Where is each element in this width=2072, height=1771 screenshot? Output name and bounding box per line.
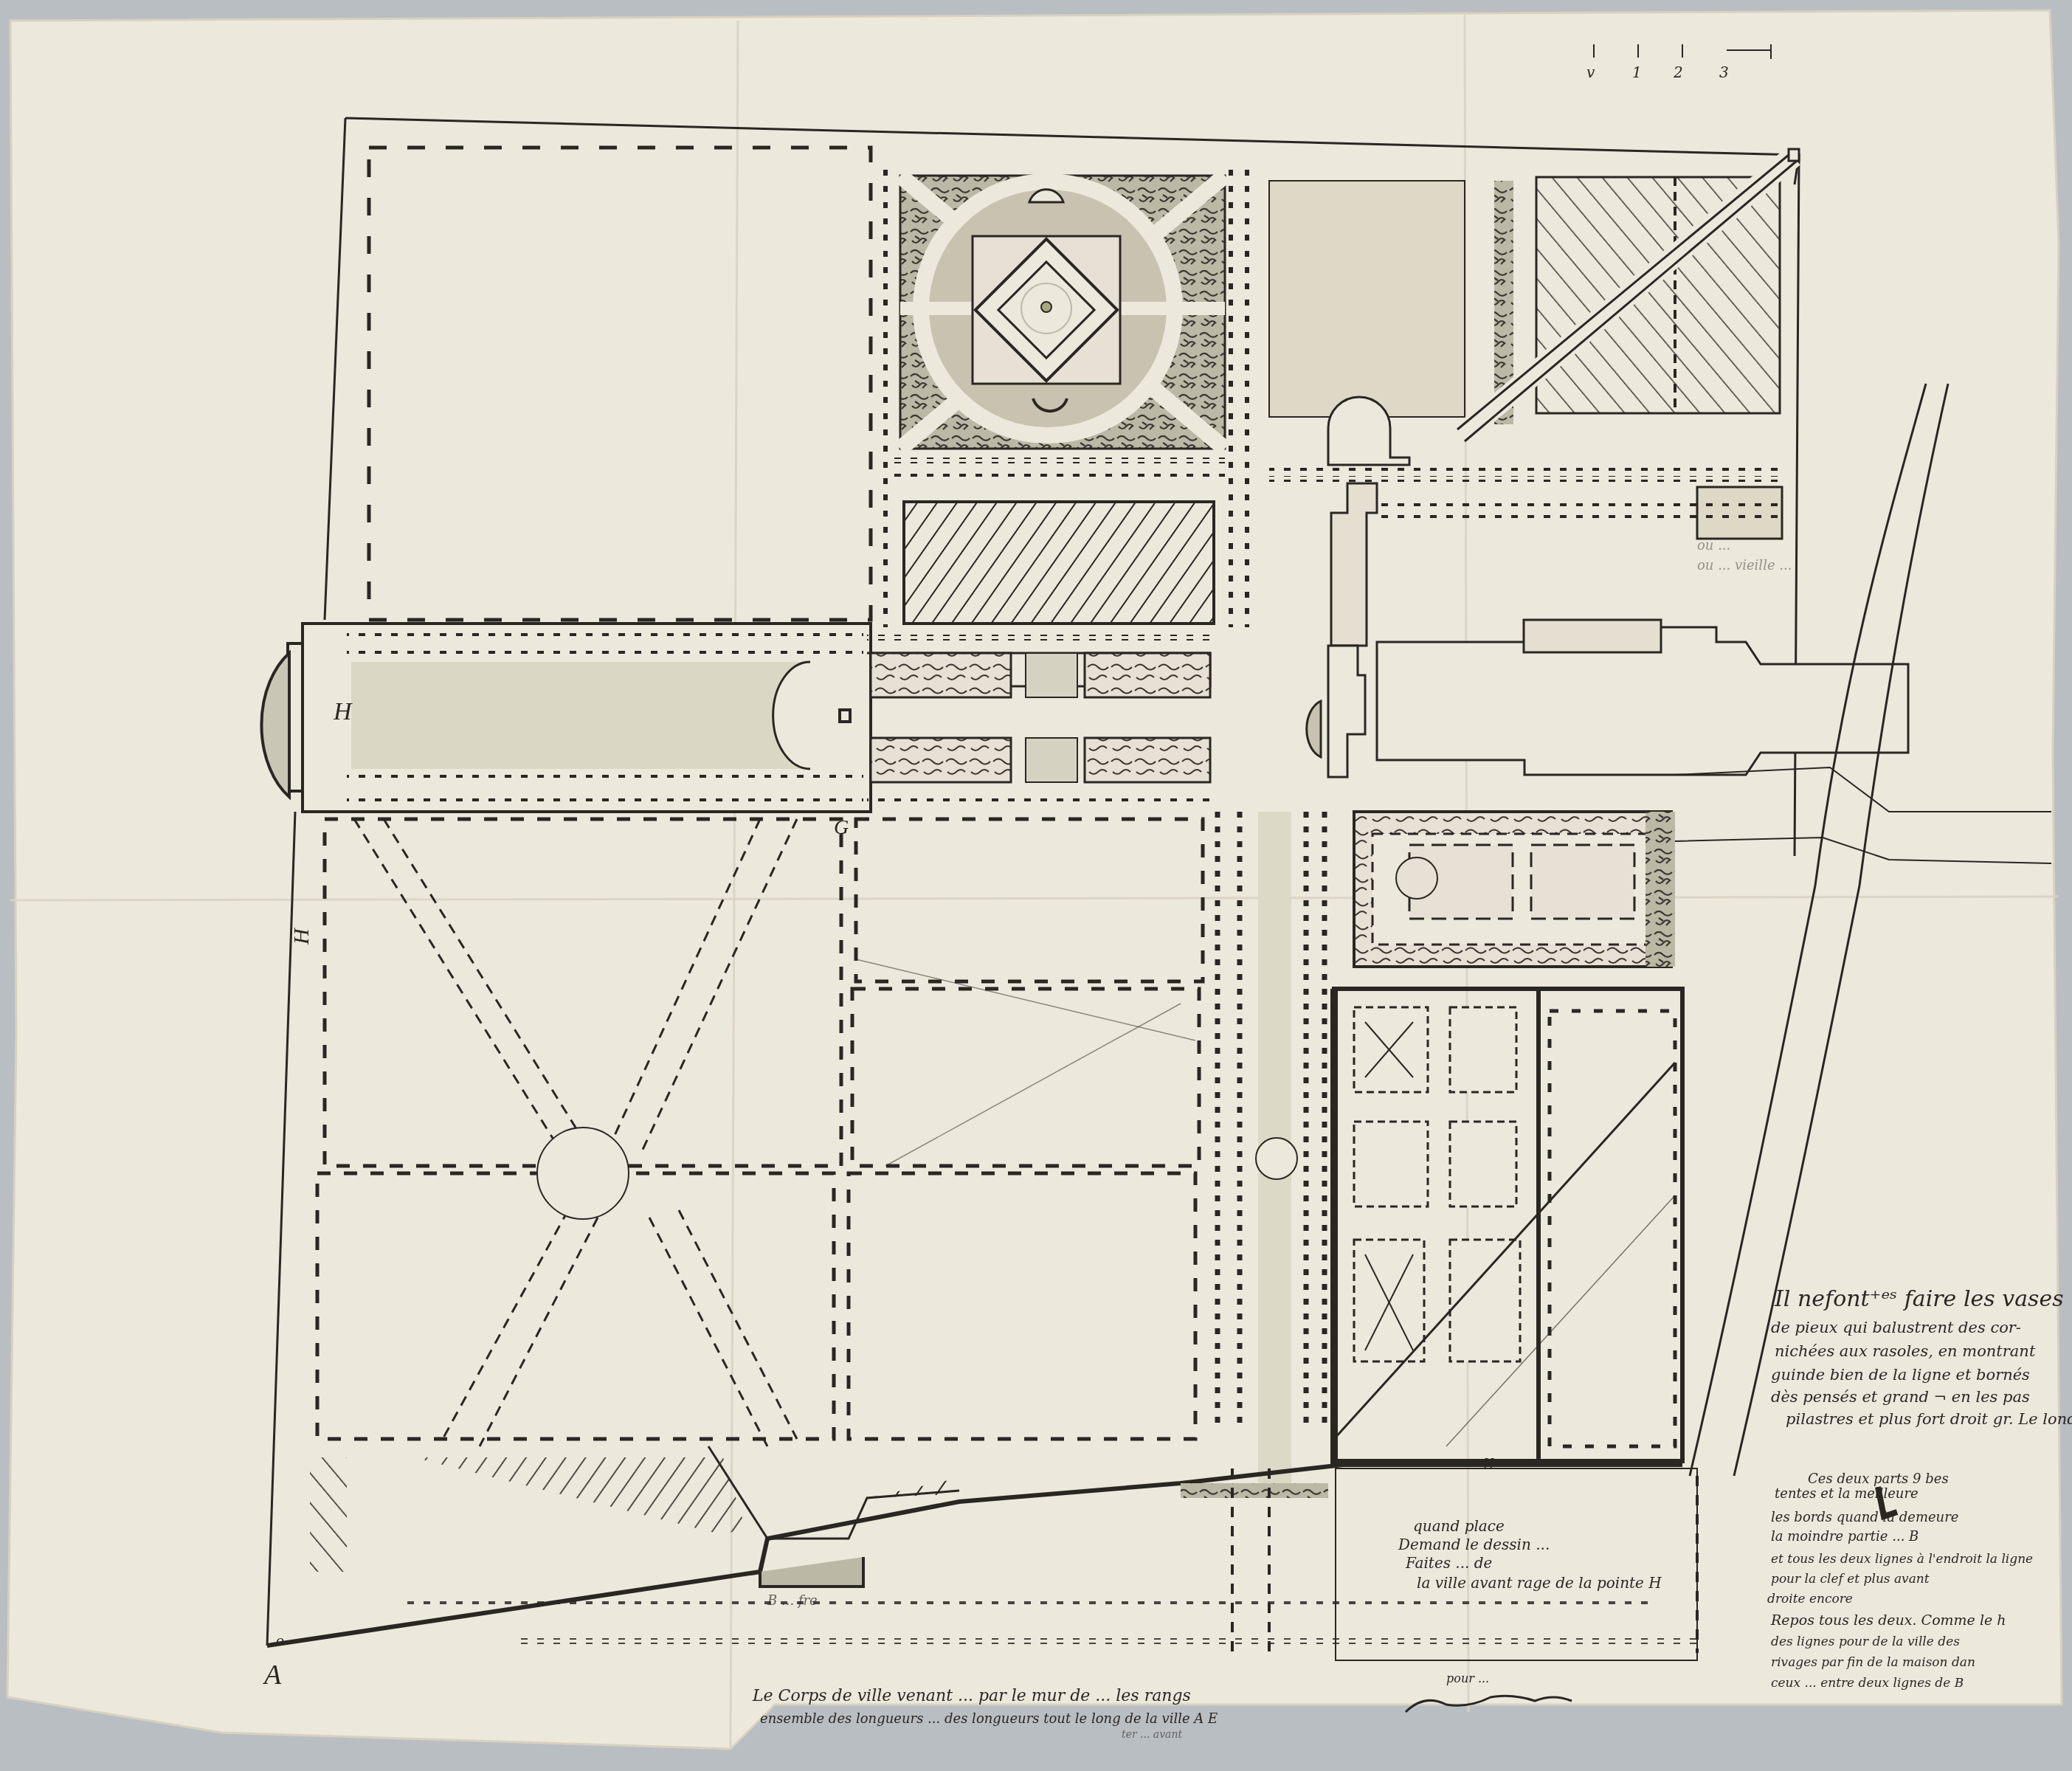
svg-text:de pieux qui balustrent des co: de pieux qui balustrent des cor- (1771, 1319, 2021, 1336)
annotation-lower-left-note: B ... fre (767, 1593, 818, 1609)
svg-text:pour la clef et plus avant: pour la clef et plus avant (1771, 1572, 1930, 1587)
label-H-basin: H (333, 698, 353, 725)
svg-text:la moindre partie ... B: la moindre partie ... B (1771, 1529, 1919, 1544)
svg-text:ceux ... entre deux lignes de: ceux ... entre deux lignes de B (1771, 1676, 1964, 1691)
scale-tick-label: 3 (1719, 63, 1729, 81)
svg-text:dès pensés et grand ¬ en les p: dès pensés et grand ¬ en les pas (1771, 1388, 2030, 1406)
svg-text:tentes et la meilleure: tentes et la meilleure (1775, 1486, 1919, 1502)
parterre-de-broderie (900, 176, 1225, 449)
tree-row (885, 458, 1225, 463)
garden-plan-drawing: H H G (0, 0, 2072, 1771)
svg-text:Il nefont⁺ᵉˢ faire les vases: Il nefont⁺ᵉˢ faire les vases (1774, 1286, 2064, 1312)
label-G-gate: G (834, 816, 849, 839)
scale-tick-label: 1 (1632, 63, 1642, 81)
svg-text:les bords quand la demeure: les bords quand la demeure (1771, 1510, 1958, 1525)
svg-text:quand place: quand place (1413, 1517, 1505, 1535)
plan-sheet: H H G (0, 0, 2072, 1771)
svg-text:nichées aux rasoles, en montra: nichées aux rasoles, en montrant (1775, 1342, 2036, 1360)
svg-text:droite encore: droite encore (1767, 1592, 1853, 1606)
svg-text:pilastres et plus fort droit g: pilastres et plus fort droit gr. Le lond (1786, 1410, 2072, 1428)
tree-row (885, 472, 1225, 478)
scale-tick-label: v (1586, 63, 1595, 81)
hatched-lawn-panel (904, 502, 1214, 624)
green-lawn-panel (1269, 181, 1465, 417)
svg-text:Faites ... de: Faites ... de (1405, 1554, 1492, 1572)
label-o-point: o (276, 1631, 284, 1649)
label-H-lower: H (1482, 1456, 1495, 1472)
svg-text:ou ...: ou ... (1697, 538, 1730, 553)
svg-text:Demand le dessin ...: Demand le dessin ... (1398, 1536, 1550, 1553)
svg-text:pour ...: pour ... (1446, 1671, 1489, 1685)
svg-text:Ces deux parts 9 bes: Ces deux parts 9 bes (1808, 1471, 1949, 1487)
label-A-corner: A (262, 1660, 282, 1691)
svg-text:Repos tous les deux. Comme le: Repos tous les deux. Comme le h (1770, 1612, 2006, 1629)
svg-text:et tous les deux lignes à l'en: et tous les deux lignes à l'endroit la l… (1771, 1552, 2033, 1567)
svg-text:des lignes pour de la ville de: des lignes pour de la ville des (1771, 1634, 1960, 1649)
label-H-side: H (289, 927, 314, 945)
scale-tick-label: 2 (1673, 63, 1683, 81)
svg-text:guinde bien de la ligne et bor: guinde bien de la ligne et bornés (1771, 1366, 2030, 1384)
svg-text:ensemble des longueurs ... des: ensemble des longueurs ... des longueurs… (760, 1711, 1218, 1727)
svg-text:rivages par fin de la maison d: rivages par fin de la maison dan (1771, 1655, 1975, 1670)
svg-text:la ville avant rage de la poin: la ville avant rage de la pointe H (1417, 1574, 1662, 1592)
svg-text:Le Corps de ville venant ... p: Le Corps de ville venant ... par le mur … (752, 1687, 1191, 1705)
parterre-right (1354, 812, 1675, 967)
svg-text:ou ... vieille ...: ou ... vieille ... (1697, 558, 1792, 573)
svg-text:ter ... avant: ter ... avant (1122, 1729, 1182, 1741)
canal-basin: H (261, 624, 871, 812)
